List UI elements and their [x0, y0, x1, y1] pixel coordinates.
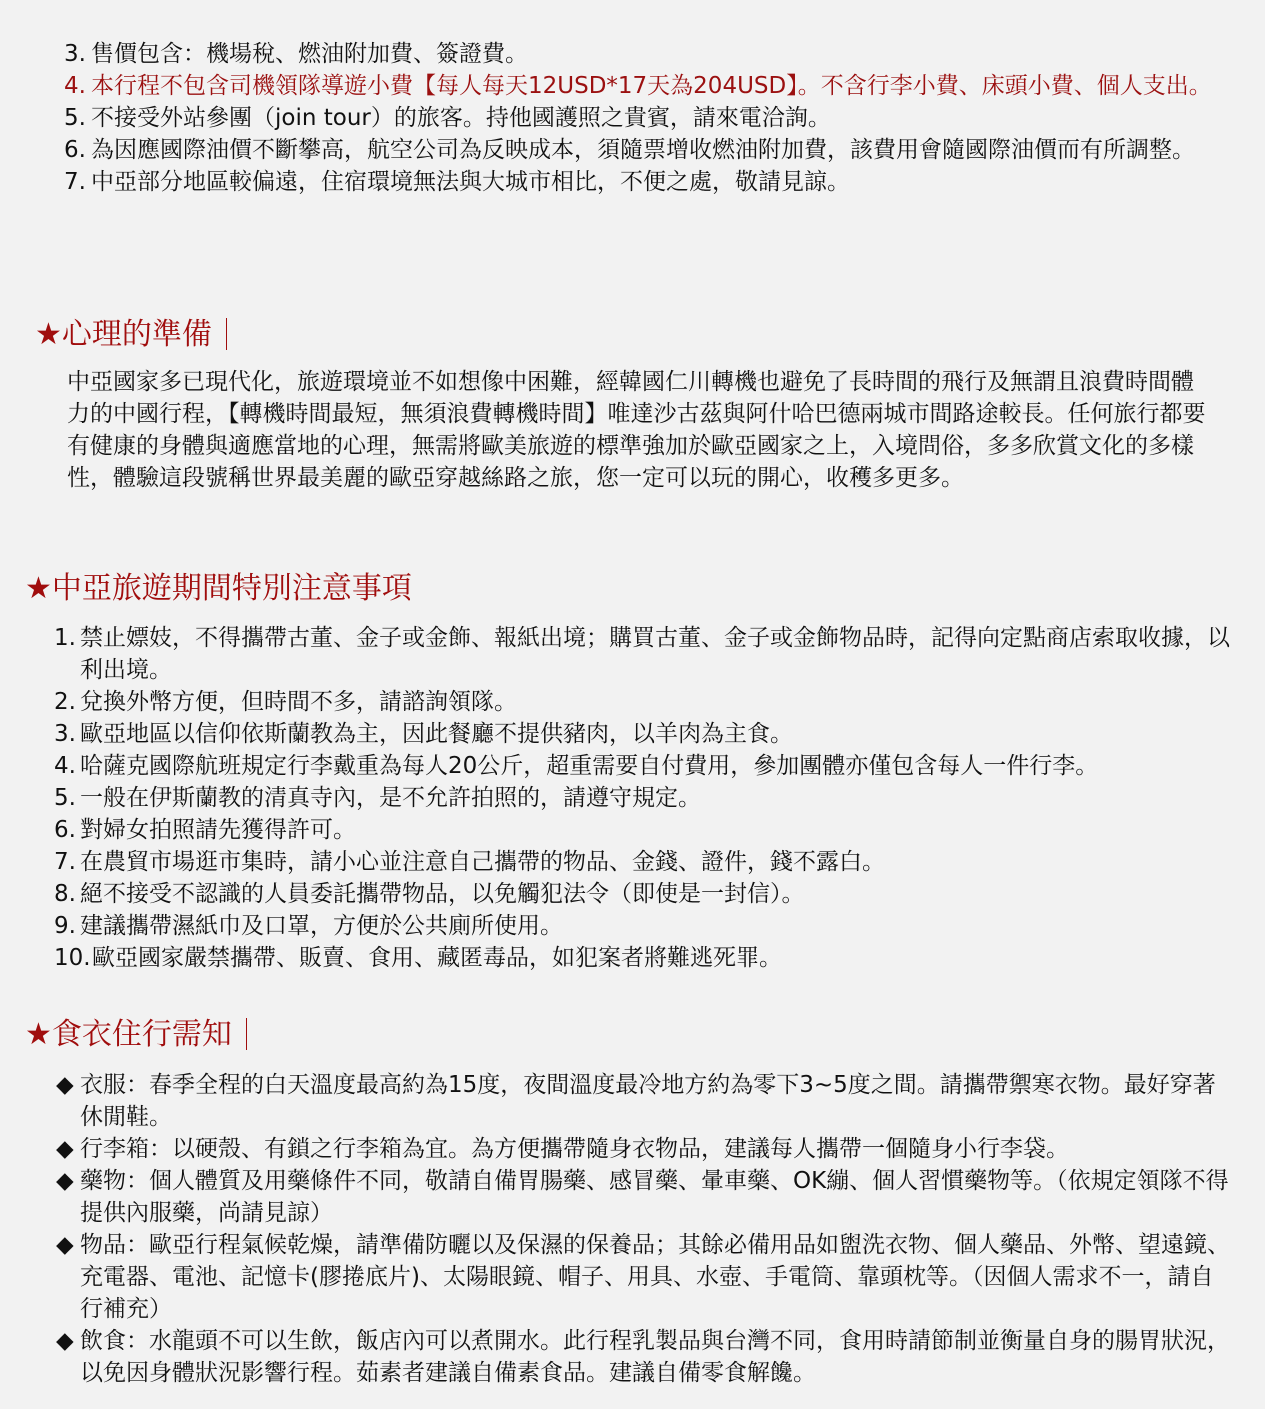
item-number: 3. [64, 38, 86, 70]
living-item-medicine: ◆ 藥物：個人體質及用藥條件不同，敬請自備胃腸藥、感冒藥、暈車藥、OK繃、個人習… [56, 1165, 1236, 1229]
item-text: 對婦女拍照請先獲得許可。 [80, 817, 356, 843]
item-text: 為因應國際油價不斷攀高，航空公司為反映成本，須隨票增收燃油附加費，該費用會隨國際… [91, 137, 1195, 163]
item-number: 4. [64, 70, 86, 102]
item-text: 售價包含：機場稅、燃油附加費、簽證費。 [91, 41, 528, 67]
item-text: 兌換外幣方便，但時間不多，請諮詢領隊。 [80, 689, 517, 715]
item-text: 絕不接受不認識的人員委託攜帶物品，以免觸犯法令（即使是一封信）。 [80, 881, 805, 907]
heading-living-info: ★食衣住行需知 [25, 1015, 247, 1055]
item-number: 6. [64, 134, 86, 166]
item-text: 本行程不包含司機領隊導遊小費【每人每天12USD*17天為204USD】。不含行… [91, 73, 1212, 99]
diamond-bullet-icon: ◆ [56, 1229, 74, 1261]
top-notes-list: 3. 售價包含：機場稅、燃油附加費、簽證費。 4. 本行程不包含司機領隊導遊小費… [0, 38, 1265, 198]
section-title: 食衣住行需知 [52, 1017, 232, 1052]
note-item-3: 3. 售價包含：機場稅、燃油附加費、簽證費。 [64, 38, 1224, 70]
special-note-item: 5. 一般在伊斯蘭教的清真寺內，是不允許拍照的，請遵守規定。 [54, 782, 1234, 814]
item-text: 衣服：春季全程的白天溫度最高約為15度，夜間溫度最冷地方約為零下3~5度之間。請… [80, 1072, 1216, 1130]
living-item-clothing: ◆ 衣服：春季全程的白天溫度最高約為15度，夜間溫度最冷地方約為零下3~5度之間… [56, 1069, 1236, 1133]
item-text: 行李箱：以硬殼、有鎖之行李箱為宜。為方便攜帶隨身衣物品，建議每人攜帶一個隨身小行… [80, 1136, 1069, 1162]
item-number: 8. [54, 878, 76, 910]
living-item-luggage: ◆ 行李箱：以硬殼、有鎖之行李箱為宜。為方便攜帶隨身衣物品，建議每人攜帶一個隨身… [56, 1133, 1236, 1165]
item-number: 10. [54, 942, 91, 974]
special-note-item: 10. 歐亞國家嚴禁攜帶、販賣、食用、藏匿毒品，如犯案者將難逃死罪。 [54, 942, 1234, 974]
section-title: 心理的準備 [62, 317, 212, 352]
note-item-7: 7. 中亞部分地區較偏遠，住宿環境無法與大城市相比，不便之處，敬請見諒。 [64, 166, 1224, 198]
item-text: 一般在伊斯蘭教的清真寺內，是不允許拍照的，請遵守規定。 [80, 785, 701, 811]
item-text: 歐亞國家嚴禁攜帶、販賣、食用、藏匿毒品，如犯案者將難逃死罪。 [92, 945, 782, 971]
item-text: 哈薩克國際航班規定行李戴重為每人20公斤，超重需要自付費用，參加團體亦僅包含每人… [80, 753, 1098, 779]
special-note-item: 7. 在農貿市場逛市集時，請小心並注意自己攜帶的物品、金錢、證件，錢不露白。 [54, 846, 1234, 878]
mental-prep-paragraph: 中亞國家多已現代化，旅遊環境並不如想像中困難，經韓國仁川轉機也避免了長時間的飛行… [67, 366, 1215, 494]
item-text: 飲食：水龍頭不可以生飲，飯店內可以煮開水。此行程乳製品與台灣不同，食用時請節制並… [80, 1328, 1230, 1386]
heading-mental-prep: ★心理的準備 [35, 315, 227, 355]
living-info-list: ◆ 衣服：春季全程的白天溫度最高約為15度，夜間溫度最冷地方約為零下3~5度之間… [0, 1069, 1265, 1389]
title-divider [246, 1018, 247, 1050]
item-text: 中亞部分地區較偏遠，住宿環境無法與大城市相比，不便之處，敬請見諒。 [91, 169, 850, 195]
note-item-6: 6. 為因應國際油價不斷攀高，航空公司為反映成本，須隨票增收燃油附加費，該費用會… [64, 134, 1224, 166]
note-item-5: 5. 不接受外站參團（join tour）的旅客。持他國護照之貴賓，請來電洽詢。 [64, 102, 1224, 134]
special-note-item: 2. 兌換外幣方便，但時間不多，請諮詢領隊。 [54, 686, 1234, 718]
item-text: 歐亞地區以信仰依斯蘭教為主，因此餐廳不提供豬肉，以羊肉為主食。 [80, 721, 793, 747]
special-note-item: 9. 建議攜帶濕紙巾及口罩，方便於公共廁所使用。 [54, 910, 1234, 942]
special-note-item: 3. 歐亞地區以信仰依斯蘭教為主，因此餐廳不提供豬肉，以羊肉為主食。 [54, 718, 1234, 750]
paragraph-text: 中亞國家多已現代化，旅遊環境並不如想像中困難，經韓國仁川轉機也避免了長時間的飛行… [67, 369, 1206, 491]
item-number: 6. [54, 814, 76, 846]
item-number: 5. [64, 102, 86, 134]
special-note-item: 6. 對婦女拍照請先獲得許可。 [54, 814, 1234, 846]
item-number: 5. [54, 782, 76, 814]
special-notes-list: 1. 禁止嫖妓，不得攜帶古董、金子或金飾、報紙出境；購買古董、金子或金飾物品時，… [0, 622, 1265, 974]
living-item-food: ◆ 飲食：水龍頭不可以生飲，飯店內可以煮開水。此行程乳製品與台灣不同，食用時請節… [56, 1325, 1236, 1389]
special-note-item: 4. 哈薩克國際航班規定行李戴重為每人20公斤，超重需要自付費用，參加團體亦僅包… [54, 750, 1234, 782]
diamond-bullet-icon: ◆ [56, 1069, 74, 1101]
item-number: 1. [54, 622, 76, 654]
item-number: 7. [54, 846, 76, 878]
item-text: 物品：歐亞行程氣候乾燥，請準備防曬以及保濕的保養品；其餘必備用品如盥洗衣物、個人… [80, 1232, 1230, 1322]
item-number: 2. [54, 686, 76, 718]
heading-special-notes: ★中亞旅遊期間特別注意事項 [25, 569, 412, 609]
star-icon: ★ [25, 571, 52, 606]
item-text: 禁止嫖妓，不得攜帶古董、金子或金飾、報紙出境；購買古董、金子或金飾物品時，記得向… [80, 625, 1230, 683]
item-number: 7. [64, 166, 86, 198]
living-item-supplies: ◆ 物品：歐亞行程氣候乾燥，請準備防曬以及保濕的保養品；其餘必備用品如盥洗衣物、… [56, 1229, 1236, 1325]
item-text: 在農貿市場逛市集時，請小心並注意自己攜帶的物品、金錢、證件，錢不露白。 [80, 849, 885, 875]
special-note-item: 1. 禁止嫖妓，不得攜帶古董、金子或金飾、報紙出境；購買古董、金子或金飾物品時，… [54, 622, 1234, 686]
item-text: 藥物：個人體質及用藥條件不同，敬請自備胃腸藥、感冒藥、暈車藥、OK繃、個人習慣藥… [80, 1168, 1229, 1226]
item-number: 9. [54, 910, 76, 942]
diamond-bullet-icon: ◆ [56, 1133, 74, 1165]
special-note-item: 8. 絕不接受不認識的人員委託攜帶物品，以免觸犯法令（即使是一封信）。 [54, 878, 1234, 910]
note-item-4-tips: 4. 本行程不包含司機領隊導遊小費【每人每天12USD*17天為204USD】。… [64, 70, 1224, 102]
item-number: 4. [54, 750, 76, 782]
item-text: 建議攜帶濕紙巾及口罩，方便於公共廁所使用。 [80, 913, 563, 939]
item-number: 3. [54, 718, 76, 750]
diamond-bullet-icon: ◆ [56, 1325, 74, 1357]
diamond-bullet-icon: ◆ [56, 1165, 74, 1197]
title-divider [226, 318, 227, 350]
star-icon: ★ [35, 317, 62, 352]
section-title: 中亞旅遊期間特別注意事項 [52, 571, 412, 606]
item-text: 不接受外站參團（join tour）的旅客。持他國護照之貴賓，請來電洽詢。 [91, 105, 831, 131]
star-icon: ★ [25, 1017, 52, 1052]
